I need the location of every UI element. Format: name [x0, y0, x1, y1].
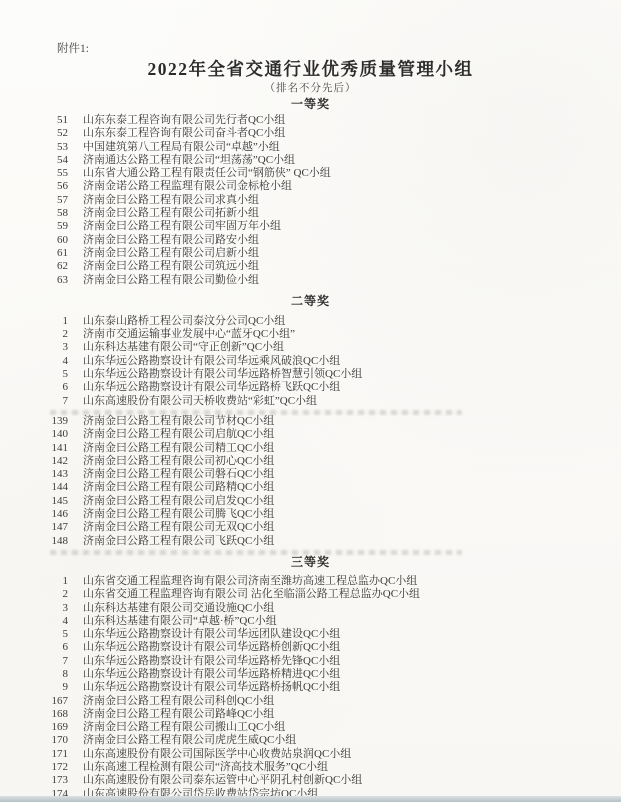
item-number: 169: [46, 721, 68, 734]
item-text: 山东省交通工程监理咨询有限公司 沾化至临淄公路工程总监办QC小组: [83, 588, 420, 601]
item-number: 139: [46, 415, 68, 428]
list-item: 2济南市交通运输事业发展中心“蓝牙QC小组”: [0, 328, 621, 341]
list-item: 7山东华远公路勘察设计有限公司华远路桥先锋QC小组: [0, 655, 621, 668]
list-item: 4山东华远公路勘察设计有限公司华远乘风破浪QC小组: [0, 355, 621, 368]
item-number: 7: [46, 655, 68, 668]
list-item: 55山东省大通公路工程有限责任公司“钢筋侠” QC小组: [0, 167, 621, 180]
item-number: 171: [46, 748, 68, 761]
list-item: 4山东科达基建有限公司“卓越·桥”QC小组: [0, 615, 621, 628]
list-item: 144济南金曰公路工程有限公司路精QC小组: [0, 481, 621, 494]
scan-smudge-artifact: [50, 410, 462, 415]
item-number: 2: [46, 588, 68, 601]
item-text: 山东华远公路勘察设计有限公司华远路桥扬帆QC小组: [83, 681, 340, 694]
list-item: 168济南金曰公路工程有限公司路峰QC小组: [0, 708, 621, 721]
item-number: 52: [46, 127, 68, 140]
item-text: 山东华远公路勘察设计有限公司华远团队建设QC小组: [83, 628, 340, 641]
list-item: 169济南金曰公路工程有限公司搬山工QC小组: [0, 721, 621, 734]
item-number: 8: [46, 668, 68, 681]
item-number: 172: [46, 761, 68, 774]
scanned-document-page: 附件1: 2022年全省交通行业优秀质量管理小组 （排名不分先后） 一等奖51山…: [0, 0, 621, 802]
item-text: 济南金曰公路工程有限公司启发QC小组: [83, 495, 274, 508]
item-text: 济南金曰公路工程有限公司磐石QC小组: [83, 468, 274, 481]
item-number: 173: [46, 774, 68, 787]
item-text: 济南金曰公路工程有限公司牢固万年小组: [83, 220, 281, 233]
item-text: 山东华远公路勘察设计有限公司华远路桥飞跃QC小组: [83, 381, 340, 394]
item-text: 山东华远公路勘察设计有限公司华远路桥先锋QC小组: [83, 655, 340, 668]
item-number: 3: [46, 602, 68, 615]
list-item: 1山东泰山路桥工程公司泰汶分公司QC小组: [0, 315, 621, 328]
list-item: 9山东华远公路勘察设计有限公司华远路桥扬帆QC小组: [0, 681, 621, 694]
item-text: 山东省大通公路工程有限责任公司“钢筋侠” QC小组: [83, 167, 331, 180]
item-text: 山东华远公路勘察设计有限公司华远路桥精进QC小组: [83, 668, 340, 681]
item-text: 济南金曰公路工程有限公司路安小组: [83, 234, 259, 247]
list-item: 53中国建筑第八工程局有限公司“卓越”小组: [0, 141, 621, 154]
item-number: 6: [46, 381, 68, 394]
list-item: 2山东省交通工程监理咨询有限公司 沾化至临淄公路工程总监办QC小组: [0, 588, 621, 601]
list-item: 148济南金曰公路工程有限公司飞跃QC小组: [0, 535, 621, 548]
item-number: 168: [46, 708, 68, 721]
award-list: 1山东省交通工程监理咨询有限公司济南至潍坊高速工程总监办QC小组2山东省交通工程…: [0, 575, 621, 801]
item-text: 济南金曰公路工程有限公司飞跃QC小组: [83, 535, 274, 548]
item-number: 58: [46, 207, 68, 220]
item-text: 济南金曰公路工程有限公司路精QC小组: [83, 481, 274, 494]
item-text: 济南金曰公路工程有限公司节材QC小组: [83, 415, 274, 428]
item-text: 山东华远公路勘察设计有限公司华远乘风破浪QC小组: [83, 355, 340, 368]
list-item: 143济南金曰公路工程有限公司磐石QC小组: [0, 468, 621, 481]
award-section: 二等奖1山东泰山路桥工程公司泰汶分公司QC小组2济南市交通运输事业发展中心“蓝牙…: [0, 294, 621, 555]
item-number: 62: [46, 260, 68, 273]
list-item: 56济南金诺公路工程监理有限公司金标枪小组: [0, 180, 621, 193]
item-text: 济南金诺公路工程监理有限公司金标枪小组: [83, 180, 292, 193]
item-text: 济南金曰公路工程有限公司求真小组: [83, 194, 259, 207]
item-text: 山东高速工程检测有限公司“济高技术服务”QC小组: [83, 761, 328, 774]
item-number: 57: [46, 194, 68, 207]
item-number: 63: [46, 274, 68, 287]
item-text: 山东华远公路勘察设计有限公司华远路桥智慧引领QC小组: [83, 368, 362, 381]
document-content: 2022年全省交通行业优秀质量管理小组 （排名不分先后） 一等奖51山东东泰工程…: [0, 0, 621, 801]
item-text: 山东高速股份有限公司天桥收费站“彩虹”QC小组: [83, 395, 317, 408]
list-item: 52山东东泰工程咨询有限公司奋斗者QC小组: [0, 127, 621, 140]
scanner-edge-band: [0, 796, 621, 802]
list-item: 171山东高速股份有限公司国际医学中心收费站泉润QC小组: [0, 748, 621, 761]
item-number: 5: [46, 628, 68, 641]
item-number: 1: [46, 315, 68, 328]
item-number: 143: [46, 468, 68, 481]
item-text: 济南金曰公路工程有限公司无双QC小组: [83, 521, 274, 534]
list-item: 6山东华远公路勘察设计有限公司华远路桥飞跃QC小组: [0, 381, 621, 394]
item-text: 山东科达基建有限公司“守正创新”QC小组: [83, 341, 284, 354]
item-text: 济南金曰公路工程有限公司启新小组: [83, 247, 259, 260]
list-item: 59济南金曰公路工程有限公司牢固万年小组: [0, 220, 621, 233]
item-text: 济南金曰公路工程有限公司科创QC小组: [83, 695, 274, 708]
section-heading: 三等奖: [0, 555, 621, 569]
item-text: 山东科达基建有限公司“卓越·桥”QC小组: [83, 615, 277, 628]
list-item: 54济南通达公路工程有限公司“坦荡荡”QC小组: [0, 154, 621, 167]
item-number: 51: [46, 114, 68, 127]
list-item: 6山东华远公路勘察设计有限公司华远路桥创新QC小组: [0, 641, 621, 654]
item-text: 济南金曰公路工程有限公司拓新小组: [83, 207, 259, 220]
item-text: 济南金曰公路工程有限公司筑远小组: [83, 260, 259, 273]
item-text: 济南金曰公路工程有限公司启航QC小组: [83, 428, 274, 441]
item-text: 济南金曰公路工程有限公司勤俭小组: [83, 274, 259, 287]
list-item: 172山东高速工程检测有限公司“济高技术服务”QC小组: [0, 761, 621, 774]
item-number: 146: [46, 508, 68, 521]
item-number: 60: [46, 234, 68, 247]
item-number: 170: [46, 734, 68, 747]
item-number: 148: [46, 535, 68, 548]
item-text: 中国建筑第八工程局有限公司“卓越”小组: [83, 141, 280, 154]
section-heading: 一等奖: [0, 97, 621, 111]
item-number: 59: [46, 220, 68, 233]
list-item: 139济南金曰公路工程有限公司节材QC小组: [0, 415, 621, 428]
award-sections: 一等奖51山东东泰工程咨询有限公司先行者QC小组52山东东泰工程咨询有限公司奋斗…: [0, 97, 621, 801]
list-item: 62济南金曰公路工程有限公司筑远小组: [0, 260, 621, 273]
item-number: 9: [46, 681, 68, 694]
item-number: 4: [46, 355, 68, 368]
award-section: 一等奖51山东东泰工程咨询有限公司先行者QC小组52山东东泰工程咨询有限公司奋斗…: [0, 97, 621, 287]
item-number: 145: [46, 495, 68, 508]
item-number: 144: [46, 481, 68, 494]
award-list: 1山东泰山路桥工程公司泰汶分公司QC小组2济南市交通运输事业发展中心“蓝牙QC小…: [0, 315, 621, 555]
item-text: 济南金曰公路工程有限公司精工QC小组: [83, 442, 274, 455]
item-number: 1: [46, 575, 68, 588]
list-item: 140济南金曰公路工程有限公司启航QC小组: [0, 428, 621, 441]
list-item: 8山东华远公路勘察设计有限公司华远路桥精进QC小组: [0, 668, 621, 681]
list-item: 5山东华远公路勘察设计有限公司华远团队建设QC小组: [0, 628, 621, 641]
item-text: 山东泰山路桥工程公司泰汶分公司QC小组: [83, 315, 285, 328]
item-text: 济南市交通运输事业发展中心“蓝牙QC小组”: [83, 328, 295, 341]
item-number: 6: [46, 641, 68, 654]
item-number: 141: [46, 442, 68, 455]
item-number: 3: [46, 341, 68, 354]
item-text: 山东东泰工程咨询有限公司先行者QC小组: [83, 114, 285, 127]
list-item: 63济南金曰公路工程有限公司勤俭小组: [0, 274, 621, 287]
list-item: 7山东高速股份有限公司天桥收费站“彩虹”QC小组: [0, 395, 621, 408]
attachment-label: 附件1:: [57, 40, 89, 56]
item-number: 140: [46, 428, 68, 441]
list-item: 142济南金曰公路工程有限公司初心QC小组: [0, 455, 621, 468]
item-number: 61: [46, 247, 68, 260]
item-number: 54: [46, 154, 68, 167]
item-number: 53: [46, 141, 68, 154]
item-text: 山东东泰工程咨询有限公司奋斗者QC小组: [83, 127, 285, 140]
list-item: 141济南金曰公路工程有限公司精工QC小组: [0, 442, 621, 455]
list-item: 5山东华远公路勘察设计有限公司华远路桥智慧引领QC小组: [0, 368, 621, 381]
list-item: 1山东省交通工程监理咨询有限公司济南至潍坊高速工程总监办QC小组: [0, 575, 621, 588]
item-number: 2: [46, 328, 68, 341]
item-text: 山东高速股份有限公司国际医学中心收费站泉润QC小组: [83, 748, 351, 761]
list-item: 145济南金曰公路工程有限公司启发QC小组: [0, 495, 621, 508]
item-number: 142: [46, 455, 68, 468]
award-section: 三等奖1山东省交通工程监理咨询有限公司济南至潍坊高速工程总监办QC小组2山东省交…: [0, 555, 621, 801]
item-number: 56: [46, 180, 68, 193]
item-text: 济南金曰公路工程有限公司初心QC小组: [83, 455, 274, 468]
item-text: 济南金曰公路工程有限公司虎虎生威QC小组: [83, 734, 296, 747]
item-number: 4: [46, 615, 68, 628]
item-text: 山东科达基建有限公司交通设施QC小组: [83, 602, 274, 615]
list-item: 146济南金曰公路工程有限公司腾飞QC小组: [0, 508, 621, 521]
item-text: 山东高速股份有限公司泰东运管中心平阴孔村创新QC小组: [83, 774, 362, 787]
item-text: 济南通达公路工程有限公司“坦荡荡”QC小组: [83, 154, 295, 167]
list-item: 61济南金曰公路工程有限公司启新小组: [0, 247, 621, 260]
item-number: 147: [46, 521, 68, 534]
list-item: 51山东东泰工程咨询有限公司先行者QC小组: [0, 114, 621, 127]
item-text: 济南金曰公路工程有限公司搬山工QC小组: [83, 721, 285, 734]
list-item: 57济南金曰公路工程有限公司求真小组: [0, 194, 621, 207]
item-number: 5: [46, 368, 68, 381]
item-text: 济南金曰公路工程有限公司腾飞QC小组: [83, 508, 274, 521]
section-heading: 二等奖: [0, 294, 621, 308]
list-item: 58济南金曰公路工程有限公司拓新小组: [0, 207, 621, 220]
item-number: 7: [46, 395, 68, 408]
list-item: 60济南金曰公路工程有限公司路安小组: [0, 234, 621, 247]
list-item: 147济南金曰公路工程有限公司无双QC小组: [0, 521, 621, 534]
item-text: 山东华远公路勘察设计有限公司华远路桥创新QC小组: [83, 641, 340, 654]
item-number: 55: [46, 167, 68, 180]
document-subtitle: （排名不分先后）: [0, 82, 621, 95]
item-text: 济南金曰公路工程有限公司路峰QC小组: [83, 708, 274, 721]
item-number: 167: [46, 695, 68, 708]
list-item: 173山东高速股份有限公司泰东运管中心平阴孔村创新QC小组: [0, 774, 621, 787]
document-title: 2022年全省交通行业优秀质量管理小组: [0, 58, 621, 80]
list-item: 3山东科达基建有限公司“守正创新”QC小组: [0, 341, 621, 354]
item-text: 山东省交通工程监理咨询有限公司济南至潍坊高速工程总监办QC小组: [83, 575, 417, 588]
list-item: 170济南金曰公路工程有限公司虎虎生威QC小组: [0, 734, 621, 747]
scan-smudge-artifact: [50, 550, 462, 555]
award-list: 51山东东泰工程咨询有限公司先行者QC小组52山东东泰工程咨询有限公司奋斗者QC…: [0, 114, 621, 287]
list-item: 3山东科达基建有限公司交通设施QC小组: [0, 602, 621, 615]
list-item: 167济南金曰公路工程有限公司科创QC小组: [0, 695, 621, 708]
